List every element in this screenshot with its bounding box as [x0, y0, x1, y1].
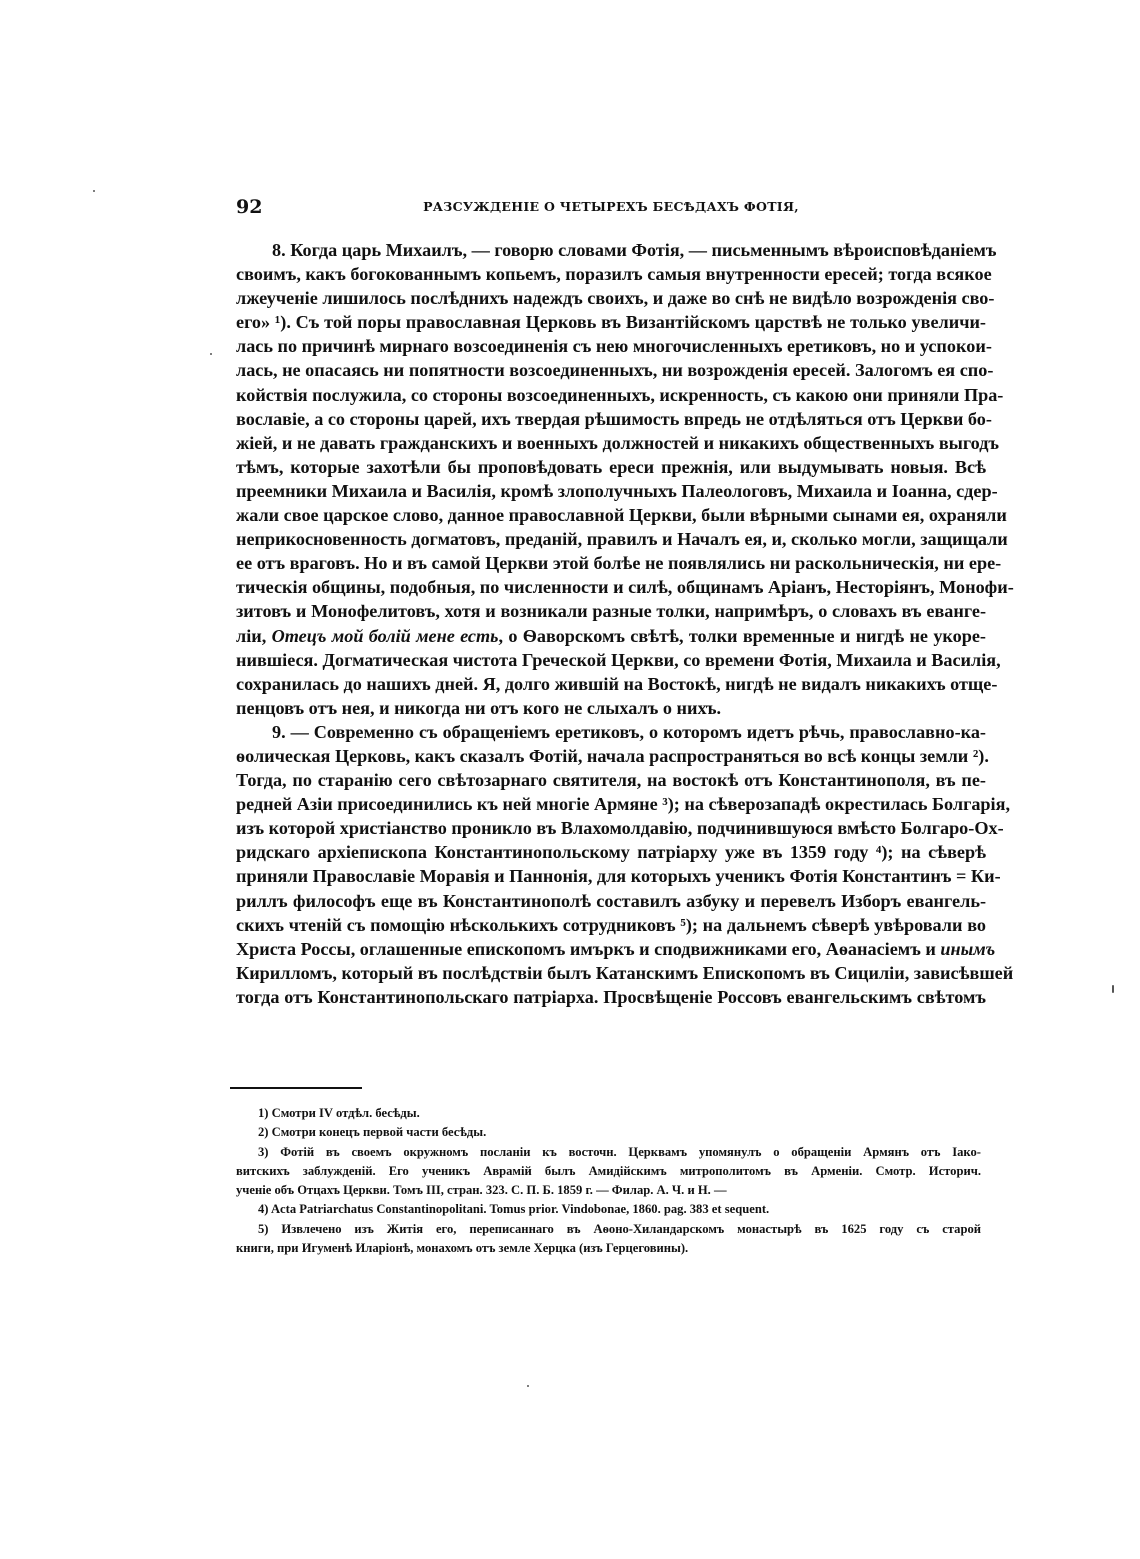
text-line: преемники Михаила и Василія, кромѣ злопо…	[236, 479, 986, 503]
text-line: вославіе, а со стороны царей, ихъ тверда…	[236, 407, 986, 431]
text-line: лась, не опасаясь ни попятности возсоеди…	[236, 358, 986, 382]
text-line: ридскаго архіепископа Константинопольско…	[236, 840, 986, 864]
text-line: лась по причинѣ мирнаго возсоединенія съ…	[236, 334, 986, 358]
text-line: тическія общины, подобныя, по численност…	[236, 575, 986, 599]
page-header: 92 РАЗСУЖДЕНІЕ О ЧЕТЫРЕХЪ БЕСѢДАХЪ ФОТІЯ…	[236, 196, 986, 220]
text-line: тогда отъ Константинопольскаго патріарха…	[236, 985, 986, 1009]
text-line: 8. Когда царь Михаилъ, — говорю словами …	[236, 238, 986, 262]
text-line: тѣмъ, которые захотѣли бы проповѣдовать …	[236, 455, 986, 479]
text-line: ее отъ враговъ. Но и въ самой Церкви это…	[236, 551, 986, 575]
text-line: приняли Православіе Моравія и Паннонія, …	[236, 864, 986, 888]
italic-phrase: инымъ	[940, 939, 995, 959]
text-line: лжеученіе лишилось послѣднихъ надеждъ св…	[236, 286, 986, 310]
footnote-line: 4) Acta Patriarchatus Constantinopolitan…	[236, 1200, 981, 1219]
footnote-rule	[230, 1087, 362, 1089]
text-line: скихъ чтеній съ помощію нѣсколькихъ сотр…	[236, 913, 986, 937]
footnote-line: 1) Смотри IV отдѣл. бесѣды.	[236, 1104, 981, 1123]
scan-speck	[527, 1385, 529, 1387]
text-line: Тогда, по старанію сего свѣтозарнаго свя…	[236, 768, 986, 792]
footnotes: 1) Смотри IV отдѣл. бесѣды.2) Смотри кон…	[236, 1104, 981, 1258]
body-text: 8. Когда царь Михаилъ, — говорю словами …	[236, 238, 986, 1009]
footnote-line: 5) Извлечено изъ Житія его, переписаннаг…	[236, 1220, 981, 1239]
footnote-line: книги, при Игуменѣ Иларіонѣ, монахомъ от…	[236, 1239, 981, 1258]
running-title: РАЗСУЖДЕНІЕ О ЧЕТЫРЕХЪ БЕСѢДАХЪ ФОТІЯ,	[236, 199, 986, 214]
text-line: своимъ, какъ богокованнымъ копьемъ, пора…	[236, 262, 986, 286]
scan-speck	[210, 353, 212, 355]
italic-phrase: Отецъ мой болій мене есть	[272, 626, 499, 646]
text-line: жіей, и не давать гражданскихъ и военных…	[236, 431, 986, 455]
text-line: Христа Россы, оглашенные епископомъ имър…	[236, 937, 986, 961]
scan-speck	[93, 190, 95, 192]
footnote-line: витскихъ заблужденій. Его ученикъ Аврамі…	[236, 1162, 981, 1181]
text-line: пенцовъ отъ нея, и никогда ни отъ кого н…	[236, 696, 986, 720]
text-line: ліи, Отецъ мой болій мене есть, о Ѳаворс…	[236, 624, 986, 648]
text-line: редней Азіи присоединились къ ней многіе…	[236, 792, 986, 816]
footnote-line: 2) Смотри конецъ первой части бесѣды.	[236, 1123, 981, 1142]
footnote-line: ученіе объ Отцахъ Церкви. Томъ III, стра…	[236, 1181, 981, 1200]
text-line: жали свое царское слово, данное правосла…	[236, 503, 986, 527]
text-line: Кирилломъ, который въ послѣдствіи былъ К…	[236, 961, 986, 985]
text-line: ѳолическая Церковь, какъ сказалъ Фотій, …	[236, 744, 986, 768]
footnote-line: 3) Фотій въ своемъ окружномъ посланіи къ…	[236, 1143, 981, 1162]
text-line: зитовъ и Монофелитовъ, хотя и возникали …	[236, 599, 986, 623]
text-line: 9. — Современно съ обращеніемъ еретиковъ…	[236, 720, 986, 744]
text-line: нившіеся. Догматическая чистота Греческо…	[236, 648, 986, 672]
text-line: сохранилась до нашихъ дней. Я, долго жив…	[236, 672, 986, 696]
text-line: койствія послужила, со стороны возсоедин…	[236, 383, 986, 407]
text-line: изъ которой христіанство проникло въ Вла…	[236, 816, 986, 840]
book-page: 92 РАЗСУЖДЕНІЕ О ЧЕТЫРЕХЪ БЕСѢДАХЪ ФОТІЯ…	[0, 0, 1140, 1559]
text-line: риллъ философъ еще въ Константинополѣ со…	[236, 889, 986, 913]
scan-speck	[1112, 985, 1114, 993]
text-line: неприкосновенность догматовъ, преданій, …	[236, 527, 986, 551]
text-line: его» ¹). Съ той поры православная Церков…	[236, 310, 986, 334]
